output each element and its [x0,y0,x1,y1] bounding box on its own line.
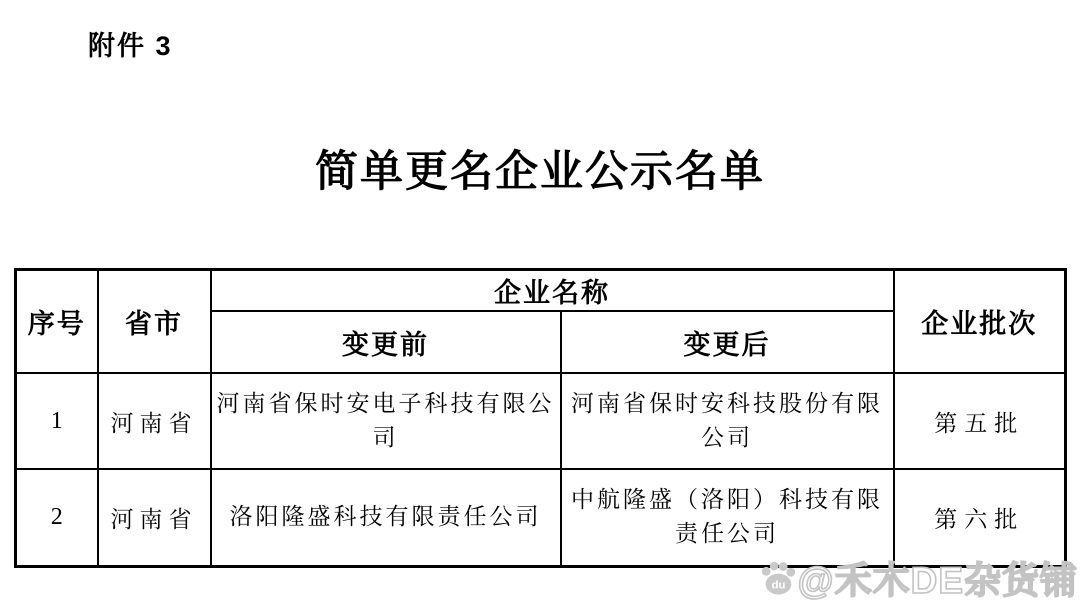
header-company-name-group: 企业名称 [211,270,894,312]
row1-name-before: 河南省保时安电子科技有限公司 [211,373,561,469]
row1-name-after: 河南省保时安科技股份有限公司 [561,373,894,469]
row2-province: 河南省 [98,469,211,566]
attachment-label: 附件 3 [88,24,173,63]
header-before: 变更前 [211,311,561,373]
document-page: 附件 3 简单更名企业公示名单 序号 省市 企业名称 企业批次 变更前 变更后 … [0,0,1080,608]
row1-batch: 第五批 [894,373,1066,469]
row2-name-before: 洛阳隆盛科技有限责任公司 [211,469,561,566]
row2-seq: 2 [16,469,98,566]
row1-seq: 1 [16,373,98,469]
paw-du-icon-label: du [771,579,785,591]
page-title: 简单更名企业公示名单 [0,138,1080,199]
rename-companies-table: 序号 省市 企业名称 企业批次 变更前 变更后 1 河南省 河南省保时安电子科技… [14,268,1067,568]
row2-name-after: 中航隆盛（洛阳）科技有限责任公司 [561,469,894,566]
table-row: 1 河南省 河南省保时安电子科技有限公司 河南省保时安科技股份有限公司 第五批 [16,373,1066,469]
header-seq: 序号 [16,270,98,374]
header-province: 省市 [98,270,211,374]
header-batch: 企业批次 [894,270,1066,374]
header-row-1: 序号 省市 企业名称 企业批次 [16,270,1066,312]
header-after: 变更后 [561,311,894,373]
row2-batch: 第六批 [894,469,1066,566]
table-row: 2 河南省 洛阳隆盛科技有限责任公司 中航隆盛（洛阳）科技有限责任公司 第六批 [16,469,1066,566]
row1-province: 河南省 [98,373,211,469]
